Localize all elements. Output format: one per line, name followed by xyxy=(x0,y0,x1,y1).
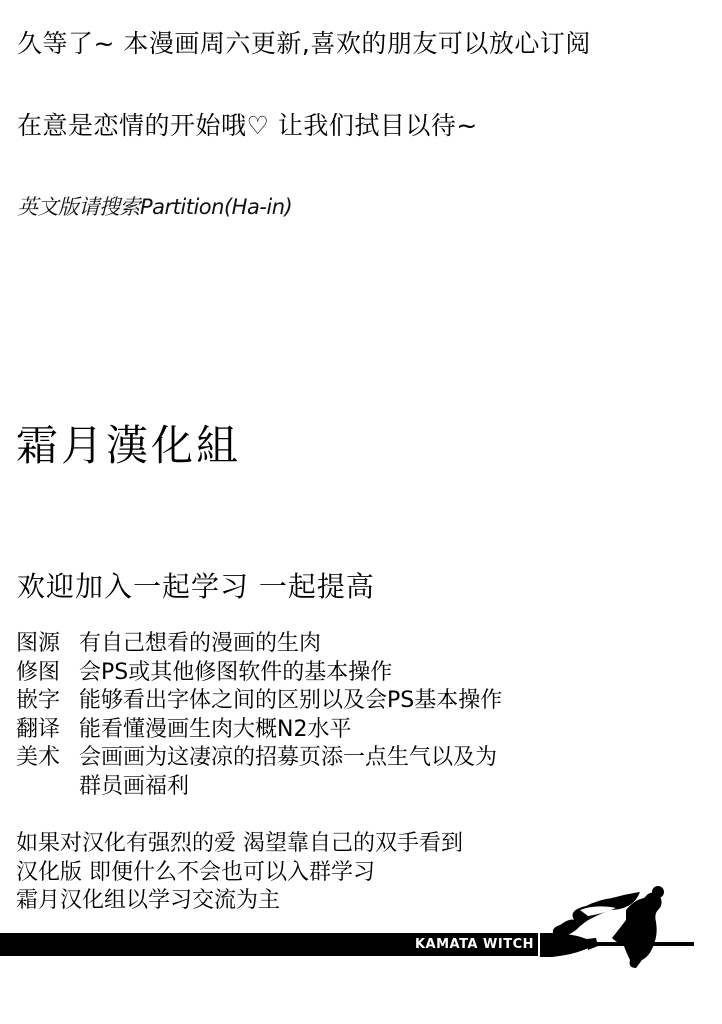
closing-line: 霜月汉化组以学习交流为主 xyxy=(16,887,463,916)
recruitment-title: 欢迎加入一起学习 一起提高 xyxy=(17,570,375,604)
role-item-typeset: 嵌字 能够看出字体之间的区别以及会PS基本操作 xyxy=(16,687,502,716)
closing-line: 汉化版 即便什么不会也可以入群学习 xyxy=(16,859,463,888)
role-name: 修图 xyxy=(16,659,79,688)
teaser-line: 在意是恋情的开始哦♡ 让我们拭目以待~ xyxy=(17,111,478,141)
role-description: 会PS或其他修图软件的基本操作 xyxy=(79,659,392,688)
update-notice-line: 久等了~ 本漫画周六更新,喜欢的朋友可以放心订阅 xyxy=(17,29,591,59)
role-name: 翻译 xyxy=(16,716,79,745)
closing-paragraph: 如果对汉化有强烈的爱 渴望靠自己的双手看到 汉化版 即便什么不会也可以入群学习 … xyxy=(16,830,463,916)
english-version-hint: 英文版请搜索Partition(Ha-in) xyxy=(17,193,292,221)
role-item-source: 图源 有自己想看的漫画的生肉 xyxy=(16,630,502,659)
role-name: 美术 xyxy=(16,744,79,801)
banner-label: KAMATA WITCH xyxy=(415,936,534,954)
role-description: 能看懂漫画生肉大概N2水平 xyxy=(79,716,351,745)
group-name-heading: 霜月漢化組 xyxy=(16,422,241,470)
witch-on-broom-icon xyxy=(540,880,700,970)
role-description: 会画画为这凄凉的招募页添一点生气以及为 群员画福利 xyxy=(79,744,497,801)
role-item-art: 美术 会画画为这凄凉的招募页添一点生气以及为 群员画福利 xyxy=(16,744,502,801)
role-description: 能够看出字体之间的区别以及会PS基本操作 xyxy=(79,687,502,716)
role-item-retouch: 修图 会PS或其他修图软件的基本操作 xyxy=(16,659,502,688)
role-name: 嵌字 xyxy=(16,687,79,716)
closing-line: 如果对汉化有强烈的爱 渴望靠自己的双手看到 xyxy=(16,830,463,859)
role-name: 图源 xyxy=(16,630,79,659)
role-item-translate: 翻译 能看懂漫画生肉大概N2水平 xyxy=(16,716,502,745)
kamata-witch-banner: KAMATA WITCH xyxy=(0,933,538,956)
role-description: 有自己想看的漫画的生肉 xyxy=(79,630,321,659)
role-list: 图源 有自己想看的漫画的生肉 修图 会PS或其他修图软件的基本操作 嵌字 能够看… xyxy=(16,630,502,801)
